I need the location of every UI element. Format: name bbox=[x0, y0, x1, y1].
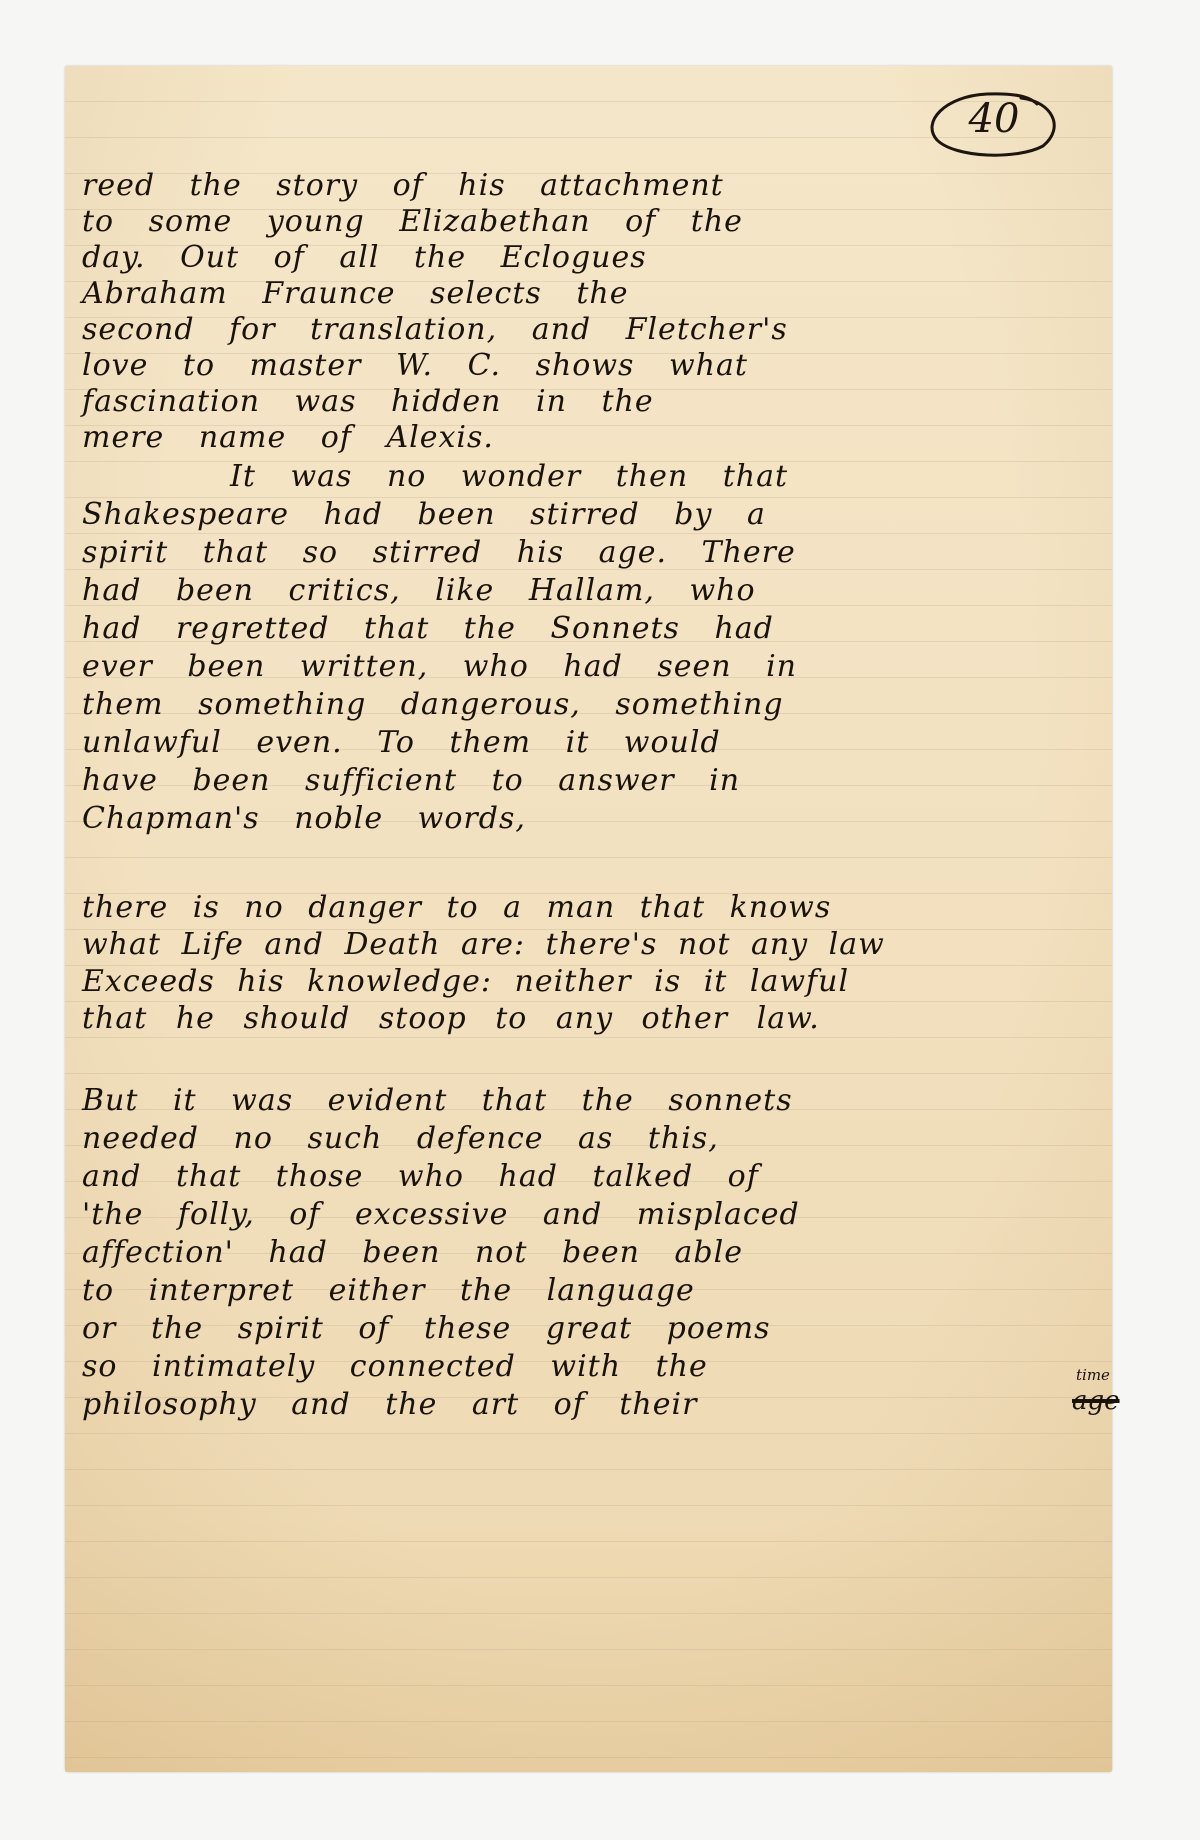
text-line: affection' had been not been able bbox=[82, 1235, 1102, 1271]
text-line: spirit that so stirred his age. There bbox=[82, 535, 1102, 571]
text-line: 'the folly, of excessive and misplaced bbox=[82, 1197, 1102, 1233]
text-line: Abraham Fraunce selects the bbox=[82, 276, 1102, 312]
text-line: to interpret either the language bbox=[82, 1273, 1102, 1309]
text-line: fascination was hidden in the bbox=[82, 384, 1102, 420]
struck-word: age bbox=[1072, 1386, 1120, 1416]
text-line: needed no such defence as this, bbox=[82, 1121, 1102, 1157]
text-line: day. Out of all the Eclogues bbox=[82, 240, 1102, 276]
text-line: ever been written, who had seen in bbox=[82, 649, 1102, 685]
text-line: But it was evident that the sonnets bbox=[82, 1083, 1102, 1119]
text-line: have been sufficient to answer in bbox=[82, 763, 1102, 799]
text-line: Chapman's noble words, bbox=[82, 801, 1102, 837]
text-line: mere name of Alexis. bbox=[82, 420, 1102, 456]
inserted-word: time bbox=[1076, 1366, 1110, 1384]
text-line: second for translation, and Fletcher's bbox=[82, 312, 1102, 348]
text-line: love to master W. C. shows what bbox=[82, 348, 1102, 384]
page-number-badge: 40 bbox=[925, 88, 1063, 158]
text-line: and that those who had talked of bbox=[82, 1159, 1102, 1195]
quotation-line: there is no danger to a man that knows bbox=[82, 890, 1102, 926]
text-line: It was no wonder then that bbox=[230, 459, 1200, 495]
text-line: Shakespeare had been stirred by a bbox=[82, 497, 1102, 533]
text-line: them something dangerous, something bbox=[82, 687, 1102, 723]
text-line: unlawful even. To them it would bbox=[82, 725, 1102, 761]
text-line: so intimately connected with the bbox=[82, 1349, 1102, 1385]
quotation-line: Exceeds his knowledge: neither is it law… bbox=[82, 964, 1102, 1000]
text-line: had been critics, like Hallam, who bbox=[82, 573, 1102, 609]
text-line: philosophy and the art of their bbox=[82, 1387, 1102, 1423]
quotation-line: what Life and Death are: there's not any… bbox=[82, 927, 1102, 963]
text-line: to some young Elizabethan of the bbox=[82, 204, 1102, 240]
text-line: reed the story of his attachment bbox=[82, 168, 1102, 204]
page-number: 40 bbox=[925, 96, 1063, 142]
text-line: or the spirit of these great poems bbox=[82, 1311, 1102, 1347]
quotation-line: that he should stoop to any other law. bbox=[82, 1001, 1102, 1037]
text-line: had regretted that the Sonnets had bbox=[82, 611, 1102, 647]
